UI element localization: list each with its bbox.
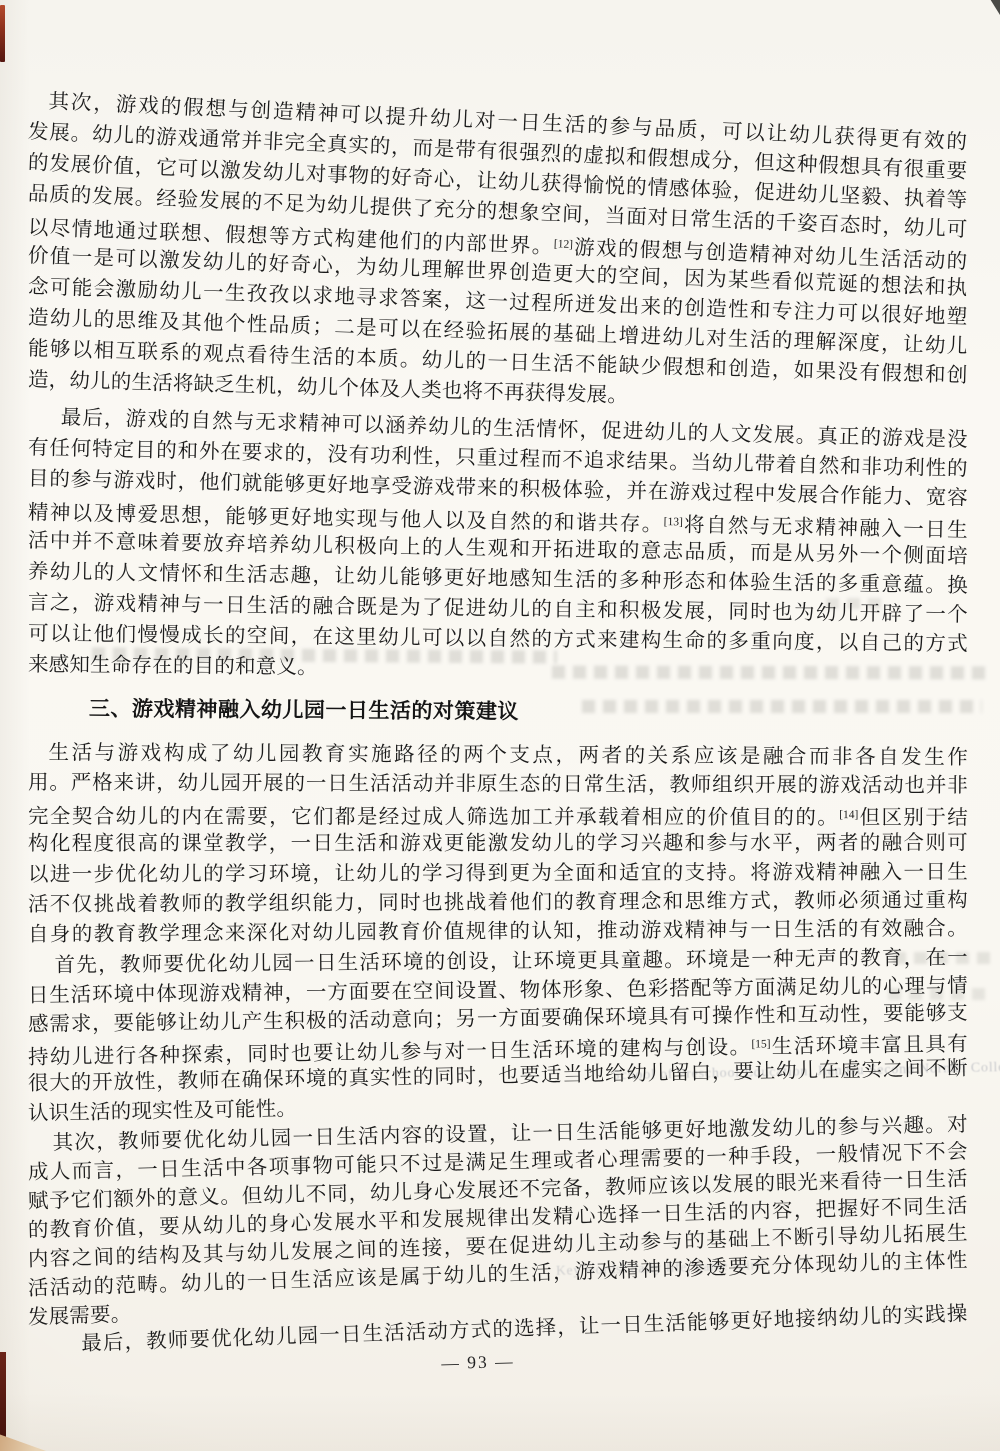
text-line: 构化程度很高的课堂教学，一日生活和游戏更能激发幼儿的学习兴趣和参与水平，两者的融… <box>28 829 968 860</box>
text-line: 以进一步优化幼儿的学习环境，让幼儿的学习得到更为全面和适宜的支持。将游戏精神融入… <box>28 857 968 890</box>
page-curl-bottom-left <box>0 1428 46 1451</box>
scanned-document-page: { "page": { "number_label": "— 93 —" }, … <box>0 0 1000 1451</box>
reference-marker: [13] <box>664 516 683 528</box>
paragraph-p2: 最后，游戏的自然与无求精神可以涵养幼儿的生活情怀，促进幼儿的人文发展。真正的游戏… <box>28 402 968 681</box>
corner-mark-top-right <box>989 0 1000 15</box>
text-line: 用。严格来讲，幼儿园开展的一日生活活动并非原生态的日常生活，教师组织开展的游戏活… <box>28 768 968 801</box>
paragraph-p4: 首先，教师要优化幼儿园一日生活环境的创设，让环境更具童趣。环境是一种无声的教育，… <box>28 952 968 1130</box>
reference-marker: [15] <box>751 1038 770 1050</box>
text-line: 完全契合幼儿的内在需要，它们都是经过成人筛选加工并承载着相应的价值目的的。[14… <box>28 799 968 831</box>
paragraph-p5: 其次，教师要优化幼儿园一日生活内容的设置，让一日生活能够更好地激发幼儿的参与兴趣… <box>28 1130 968 1333</box>
section-heading: 三、游戏精神融入幼儿园一日生活的对策建议 <box>28 692 968 729</box>
paragraph-p3: 生活与游戏构成了幼儿园教育实施路径的两个支点，两者的关系应该是融合而非各自发生作… <box>28 738 968 951</box>
reference-marker: [14] <box>839 809 858 821</box>
book-spine-strip-top-left <box>0 5 5 62</box>
reference-marker: [12] <box>554 238 574 251</box>
paragraph-p1: 其次，游戏的假想与创造精神可以提升幼儿对一日生活的参与品质，可以让幼儿获得更有效… <box>28 86 968 396</box>
